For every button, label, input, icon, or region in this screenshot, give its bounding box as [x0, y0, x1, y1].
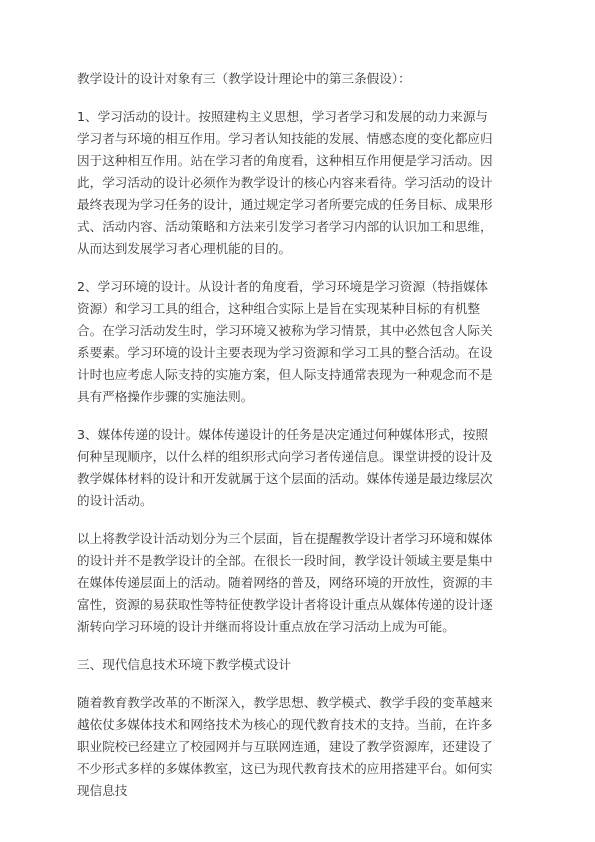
intro-line: 教学设计的设计对象有三（教学设计理论中的第三条假设）：	[77, 68, 497, 90]
section-heading: 三、现代信息技术环境下教学模式设计	[77, 654, 497, 676]
paragraph-media-delivery: 3、媒体传递的设计。媒体传递设计的任务是决定通过何种媒体形式，按照何种呈现顺序，…	[77, 424, 497, 512]
paragraph-learning-activity: 1、学习活动的设计。按照建构主义思想，学习者学习和发展的动力来源与学习者与环境的…	[77, 106, 497, 260]
paragraph-learning-environment: 2、学习环境的设计。从设计者的角度看，学习环境是学习资源（特指媒体资源）和学习工…	[77, 276, 497, 408]
paragraph-summary: 以上将教学设计活动划分为三个层面，旨在提醒教学设计者学习环境和媒体的设计并不是教…	[77, 528, 497, 638]
document-page: 教学设计的设计对象有三（教学设计理论中的第三条假设）： 1、学习活动的设计。按照…	[77, 68, 497, 818]
section-paragraph: 随着教育教学改革的不断深入，教学思想、教学模式、教学手段的变革越来越依仗多媒体技…	[77, 692, 497, 802]
